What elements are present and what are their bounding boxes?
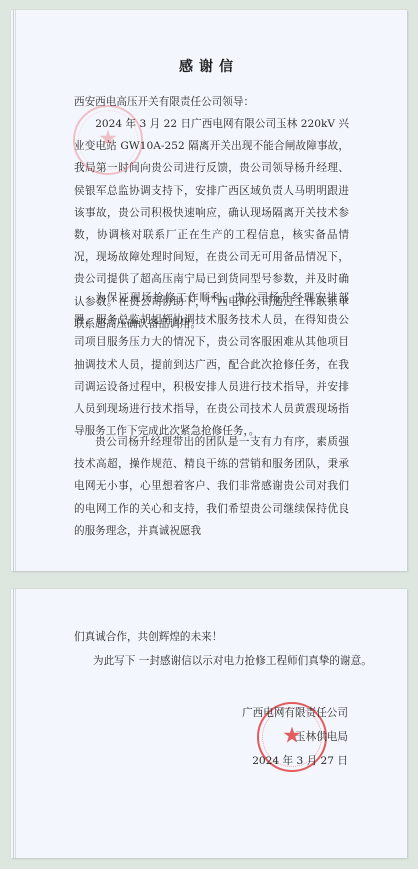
- faint-seal-stamp: ★: [73, 105, 143, 175]
- letter-paragraph-3: 贵公司杨升经理带出的团队是一支有力有序，素质强技术高超，操作规范、精良干练的营销…: [74, 431, 349, 542]
- document-page-1: ★ 感谢信 西安西电高压开关有限责任公司领导： 2024 年 3 月 22 日广…: [11, 10, 407, 571]
- letter-title: 感谢信: [11, 56, 407, 76]
- signature-date: 2024 年 3 月 27 日: [252, 753, 348, 768]
- letter-continuation: 们真诚合作，共创辉煌的未来！: [74, 629, 222, 644]
- signature-organization: 广西电网有限责任公司: [242, 705, 348, 720]
- document-page-2: 们真诚合作，共创辉煌的未来！ 为此写下 一封感谢信以示对电力抢修工程师们真挚的谢…: [11, 589, 407, 858]
- letter-paragraph-2: 为保证现场抢修工作顺利，贵公司杨升经理安排部署，服务总监胡旭辉协调技术服务技术人…: [74, 287, 349, 442]
- letter-closing: 为此写下 一封感谢信以示对电力抢修工程师们真挚的谢意。: [93, 653, 372, 668]
- signature-department: 玉林供电局: [295, 729, 348, 744]
- star-icon: ★: [98, 129, 118, 151]
